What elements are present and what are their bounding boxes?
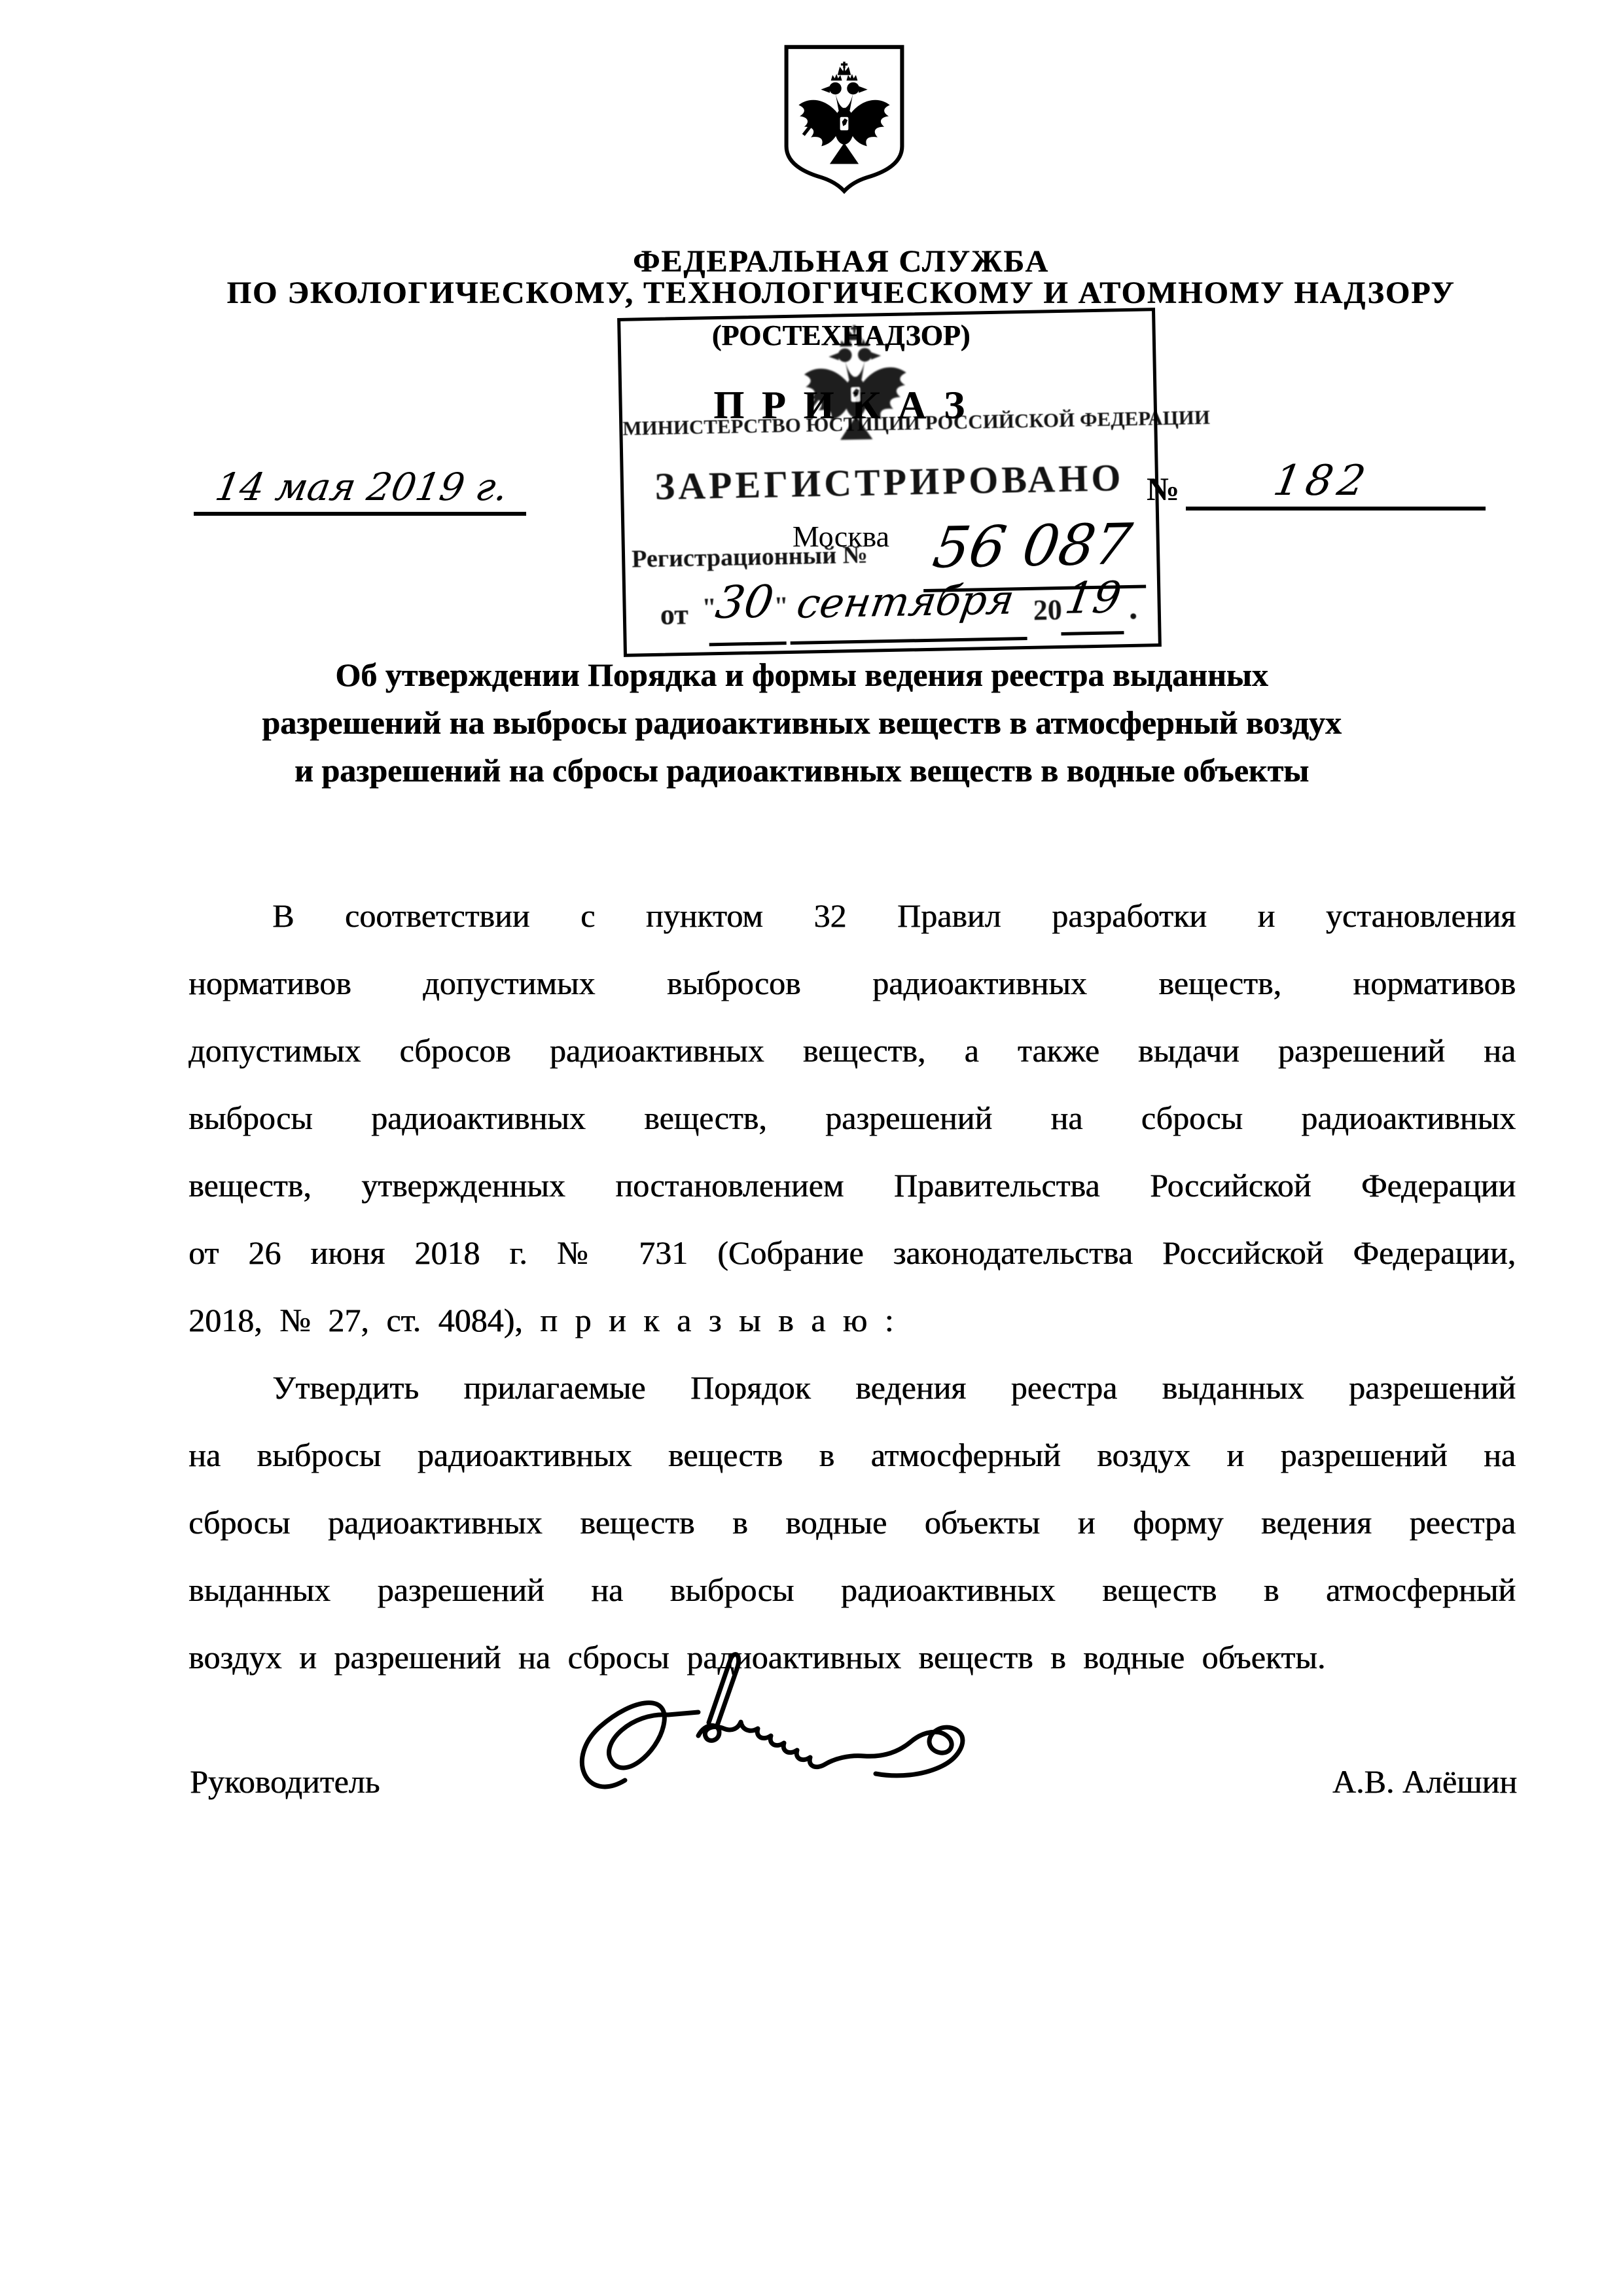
body-line: Утвердить прилагаемые Порядок ведения ре… [188,1354,1516,1422]
stamp-registered-line: ЗАРЕГИСТРИРОВАНО [623,455,1155,509]
date-field: 14 мая 2019 г. [194,450,526,516]
handwritten-order-number: 182 [1270,457,1374,505]
order-body: В соответствии с пунктом 32 Правил разра… [188,882,1516,1691]
signature-scribble-icon [533,1649,1050,1833]
signer-name: А.В. Алёшин [1237,1763,1517,1801]
body-line: сбросы радиоактивных веществ в водные об… [188,1489,1516,1556]
body-line: допустимых сбросов радиоактивных веществ… [188,1017,1516,1085]
body-line: выданных разрешений на выбросы радиоакти… [188,1556,1516,1624]
handwritten-day: 30 [712,576,777,629]
org-name-line2: ПО ЭКОЛОГИЧЕСКОМУ, ТЕХНОЛОГИЧЕСКОМУ И АТ… [62,275,1620,311]
order-title: Об утверждении Порядка и формы ведения р… [26,651,1577,795]
title-line: разрешений на выбросы радиоактивных веще… [26,699,1577,747]
stamp-year-prefix: 20 [1033,593,1062,627]
title-line: и разрешений на сбросы радиоактивных вещ… [26,747,1577,795]
body-line: В соответствии с пунктом 32 Правил разра… [188,882,1516,950]
stamp-period: . [1128,586,1138,627]
org-name-line1: ФЕДЕРАЛЬНАЯ СЛУЖБА [62,243,1620,279]
stamp-from-label: от [660,598,688,632]
handwritten-month: сентября [794,575,1018,628]
stamp-reg-number-label: Регистрационный № [632,541,868,574]
ministry-emblem-watermark-icon [792,308,919,462]
order-number-field: 182 [1186,450,1486,511]
registration-stamp: МИНИСТЕРСТВО ЮСТИЦИИ РОССИЙСКОЙ ФЕДЕРАЦИ… [617,308,1162,657]
signer-role: Руководитель [190,1763,380,1801]
title-line: Об утверждении Порядка и формы ведения р… [26,651,1577,699]
body-line: 2018, № 27, ст. 4084), п р и к а з ы в а… [188,1287,1516,1354]
body-line: выбросы радиоактивных веществ, разрешени… [188,1085,1516,1152]
body-line: нормативов допустимых выбросов радиоакти… [188,950,1516,1017]
handwritten-year: 19 [1061,572,1124,624]
document-page: ФЕДЕРАЛЬНАЯ СЛУЖБА ПО ЭКОЛОГИЧЕСКОМУ, ТЕ… [0,0,1623,2296]
handwritten-date: 14 мая 2019 г. [212,465,512,509]
body-line: от 26 июня 2018 г. № 731 (Собрание закон… [188,1219,1516,1287]
body-line: веществ, утвержденных постановлением Пра… [188,1152,1516,1219]
body-line: на выбросы радиоактивных веществ в атмос… [188,1422,1516,1489]
stamp-quote-close: " [774,590,789,621]
russian-coat-of-arms-icon [776,38,912,199]
